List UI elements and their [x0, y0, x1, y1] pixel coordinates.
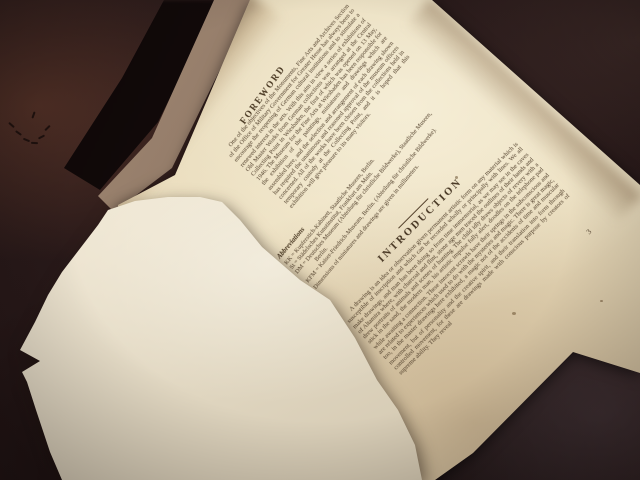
photo-open-book-on-leather: FOREWORD One of the objectives of the Mo…	[0, 0, 640, 480]
torn-flyleaf-wrap	[0, 0, 640, 480]
torn-blank-page	[0, 0, 640, 480]
